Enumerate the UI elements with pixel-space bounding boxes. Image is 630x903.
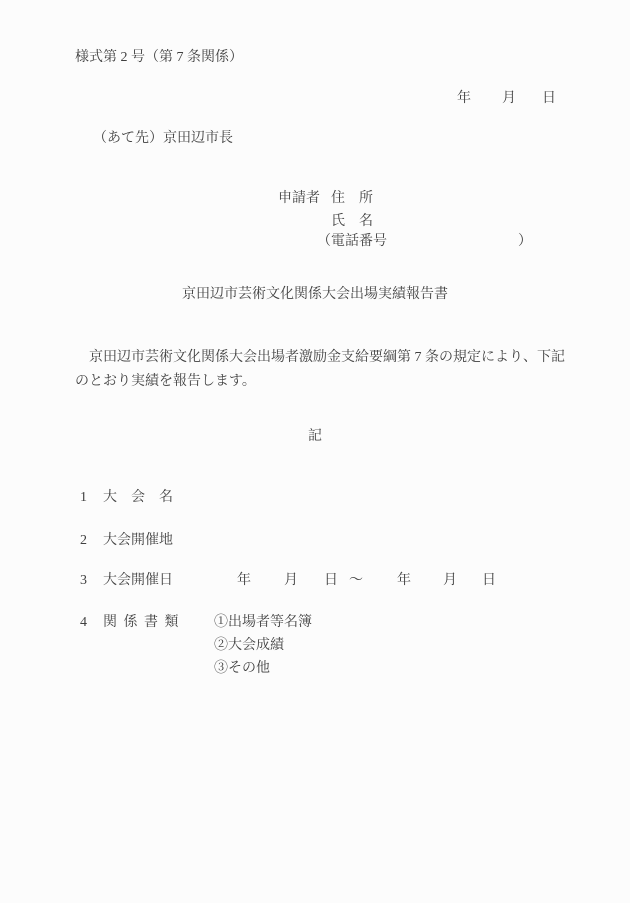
item-number: 3 xyxy=(80,572,87,590)
report-form-page: 様式第 2 号（第 7 条関係） 年 月 日 （あて先）京田辺市長 申請者 住 … xyxy=(0,0,630,903)
attachment-tournament-results: ②大会成績 xyxy=(214,637,284,655)
item-label: 関 係 書 類 xyxy=(103,614,180,632)
from-month-label: 月 xyxy=(284,572,298,590)
body-line-2: のとおり実績を報告します。 xyxy=(75,373,256,391)
document-title: 京田辺市芸術文化関係大会出場実績報告書 xyxy=(0,286,630,304)
date-range-tilde: 〜 xyxy=(349,572,363,590)
to-day-label: 日 xyxy=(482,572,496,590)
applicant-name-label: 氏 名 xyxy=(331,213,373,231)
applicant-phone-close-paren: ） xyxy=(518,233,532,251)
applicant-label: 申請者 xyxy=(278,190,320,208)
item-label: 大会開催地 xyxy=(103,532,173,550)
applicant-phone-label: （電話番号 xyxy=(317,233,387,251)
form-number: 様式第 2 号（第 7 条関係） xyxy=(75,49,243,67)
from-day-label: 日 xyxy=(324,572,338,590)
to-month-label: 月 xyxy=(443,572,457,590)
attachment-participants-roster: ①出場者等名簿 xyxy=(214,614,312,632)
date-day-label: 日 xyxy=(542,90,556,108)
from-year-label: 年 xyxy=(237,572,251,590)
body-line-1: 京田辺市芸術文化関係大会出場者激励金支給要綱第 7 条の規定により、下記 xyxy=(75,349,565,367)
item-label: 大会開催日 xyxy=(103,572,173,590)
item-number: 1 xyxy=(80,489,87,507)
addressee: （あて先）京田辺市長 xyxy=(93,130,233,148)
date-month-label: 月 xyxy=(502,90,516,108)
to-year-label: 年 xyxy=(397,572,411,590)
record-marker: 記 xyxy=(0,428,630,446)
date-year-label: 年 xyxy=(457,90,471,108)
item-number: 2 xyxy=(80,532,87,550)
attachment-other: ③その他 xyxy=(214,660,270,678)
applicant-address-label: 住 所 xyxy=(331,190,373,208)
item-label: 大 会 名 xyxy=(103,489,173,507)
item-number: 4 xyxy=(80,614,87,632)
